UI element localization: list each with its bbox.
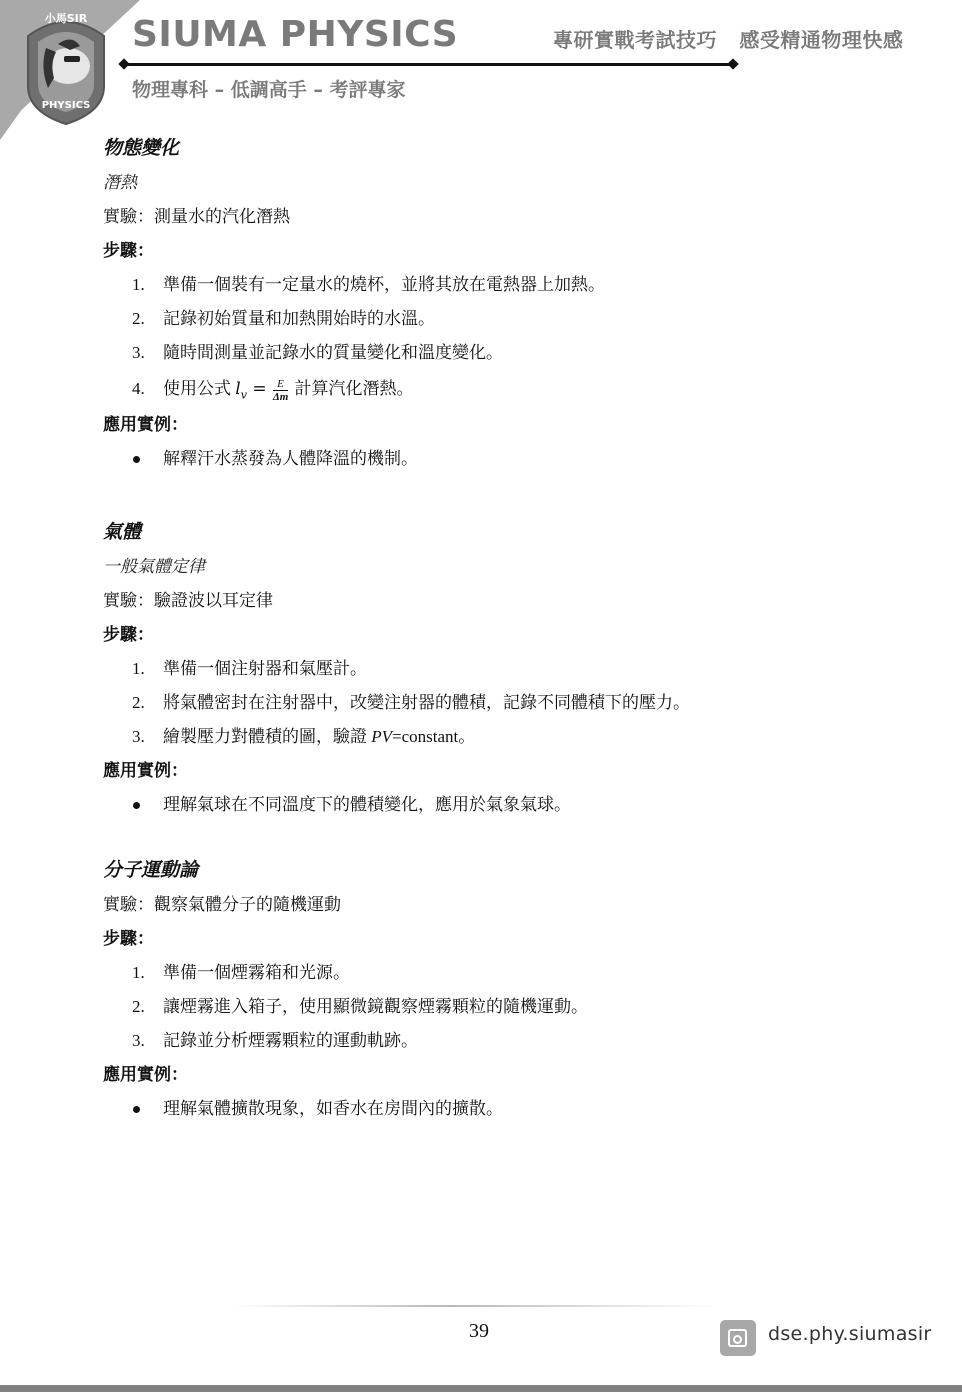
application-text: 解釋汗水蒸發為人體降溫的機制。 — [163, 449, 418, 468]
step-text: 準備一個煙霧箱和光源。 — [163, 963, 350, 982]
camera-lens — [733, 1335, 742, 1344]
header-divider — [124, 63, 734, 66]
experiment-line: 實驗：驗證波以耳定律 — [103, 588, 903, 622]
page-content: 物態變化 潛熱 實驗：測量水的汽化潛熱 步驟： 1.準備一個裝有一定量水的燒杯，… — [103, 136, 903, 1130]
header-slogan: 專研實戰考試技巧 感受精通物理快感 — [553, 24, 903, 53]
step-text: 記錄初始質量和加熱開始時的水溫。 — [163, 309, 435, 328]
step-text: 計算汽化潛熱。 — [295, 379, 414, 398]
formula-fraction: EΔm — [273, 378, 288, 403]
section-title: 氣體 — [103, 520, 903, 554]
step-number: 1. — [132, 960, 145, 986]
application-item: 理解氣球在不同溫度下的體積變化，應用於氣象氣球。 — [103, 792, 903, 826]
step-text: =constant。 — [392, 727, 475, 746]
steps-label: 步驟： — [103, 622, 903, 656]
spacer — [103, 826, 903, 858]
step-number: 1. — [132, 656, 145, 682]
section-subtitle: 一般氣體定律 — [103, 554, 903, 588]
applications-label: 應用實例： — [103, 1062, 903, 1096]
step-item: 2.將氣體密封在注射器中，改變注射器的體積，記錄不同體積下的壓力。 — [103, 690, 903, 724]
formula-subscript: v — [241, 388, 247, 401]
step-item: 1.準備一個注射器和氣壓計。 — [103, 656, 903, 690]
instagram-icon[interactable] — [720, 1320, 756, 1356]
step-number: 2. — [132, 994, 145, 1020]
step-number: 3. — [132, 724, 145, 750]
step-text: 使用公式 — [163, 379, 231, 398]
step-item: 4. 使用公式 lv = EΔm 計算汽化潛熱。 — [103, 374, 903, 412]
formula-equals: = — [252, 379, 266, 399]
social-handle-link[interactable]: dse.phy.siumasir — [768, 1323, 932, 1345]
svg-text:小馬SIR: 小馬SIR — [45, 11, 88, 25]
steps-label: 步驟： — [103, 926, 903, 960]
step-text: 準備一個注射器和氣壓計。 — [163, 659, 367, 678]
step-number: 4. — [132, 374, 145, 404]
steps-list: 1.準備一個煙霧箱和光源。 2.讓煙霧進入箱子，使用顯微鏡觀察煙霧顆粒的隨機運動… — [103, 960, 903, 1062]
applications-label: 應用實例： — [103, 412, 903, 446]
application-item: 理解氣體擴散現象，如香水在房間內的擴散。 — [103, 1096, 903, 1130]
bullet-icon — [133, 456, 140, 463]
step-text: 準備一個裝有一定量水的燒杯，並將其放在電熱器上加熱。 — [163, 275, 605, 294]
formula-pv: PV — [371, 727, 392, 746]
step-text: 隨時間測量並記錄水的質量變化和溫度變化。 — [163, 343, 503, 362]
step-number: 2. — [132, 690, 145, 716]
section-title: 分子運動論 — [103, 858, 903, 892]
section-kinetic-theory: 分子運動論 實驗：觀察氣體分子的隨機運動 步驟： 1.準備一個煙霧箱和光源。 2… — [103, 858, 903, 1130]
divider-diamond-right — [727, 58, 738, 69]
fraction-denominator: Δm — [273, 391, 288, 403]
header-subtitle: 物理專科 – 低調高手 – 考評專家 — [132, 75, 405, 102]
step-item: 2.記錄初始質量和加熱開始時的水溫。 — [103, 306, 903, 340]
bullet-icon — [133, 802, 140, 809]
step-number: 3. — [132, 340, 145, 366]
step-item: 1.準備一個裝有一定量水的燒杯，並將其放在電熱器上加熱。 — [103, 272, 903, 306]
applications-list: 解釋汗水蒸發為人體降溫的機制。 — [103, 446, 903, 480]
step-text: 記錄並分析煙霧顆粒的運動軌跡。 — [163, 1031, 418, 1050]
step-text: 繪製壓力對體積的圖，驗證 — [163, 727, 367, 746]
application-text: 理解氣球在不同溫度下的體積變化，應用於氣象氣球。 — [163, 795, 571, 814]
step-number: 3. — [132, 1028, 145, 1054]
step-item: 3.繪製壓力對體積的圖，驗證 PV=constant。 — [103, 724, 903, 758]
bottom-bar — [0, 1385, 962, 1392]
applications-list: 理解氣體擴散現象，如香水在房間內的擴散。 — [103, 1096, 903, 1130]
experiment-line: 實驗：測量水的汽化潛熱 — [103, 204, 903, 238]
step-number: 1. — [132, 272, 145, 298]
applications-label: 應用實例： — [103, 758, 903, 792]
application-text: 理解氣體擴散現象，如香水在房間內的擴散。 — [163, 1099, 503, 1118]
step-text: 讓煙霧進入箱子，使用顯微鏡觀察煙霧顆粒的隨機運動。 — [163, 997, 588, 1016]
formula-latent-heat: lv = — [235, 379, 266, 399]
steps-list: 1.準備一個注射器和氣壓計。 2.將氣體密封在注射器中，改變注射器的體積，記錄不… — [103, 656, 903, 758]
page-number: 39 — [469, 1320, 489, 1343]
section-phase-change: 物態變化 潛熱 實驗：測量水的汽化潛熱 步驟： 1.準備一個裝有一定量水的燒杯，… — [103, 136, 903, 480]
footer-divider — [230, 1305, 720, 1307]
brand-title: SIUMA PHYSICS — [132, 14, 458, 55]
step-item: 2.讓煙霧進入箱子，使用顯微鏡觀察煙霧顆粒的隨機運動。 — [103, 994, 903, 1028]
fraction-numerator: E — [273, 378, 288, 391]
application-item: 解釋汗水蒸發為人體降溫的機制。 — [103, 446, 903, 480]
applications-list: 理解氣球在不同溫度下的體積變化，應用於氣象氣球。 — [103, 792, 903, 826]
step-item: 1.準備一個煙霧箱和光源。 — [103, 960, 903, 994]
section-subtitle: 潛熱 — [103, 170, 903, 204]
steps-label: 步驟： — [103, 238, 903, 272]
step-text: 將氣體密封在注射器中，改變注射器的體積，記錄不同體積下的壓力。 — [163, 693, 690, 712]
section-title: 物態變化 — [103, 136, 903, 170]
experiment-line: 實驗：觀察氣體分子的隨機運動 — [103, 892, 903, 926]
bullet-icon — [133, 1106, 140, 1113]
step-item: 3.記錄並分析煙霧顆粒的運動軌跡。 — [103, 1028, 903, 1062]
svg-text:PHYSICS: PHYSICS — [42, 100, 91, 111]
spacer — [103, 480, 903, 520]
steps-list: 1.準備一個裝有一定量水的燒杯，並將其放在電熱器上加熱。 2.記錄初始質量和加熱… — [103, 272, 903, 412]
section-gases: 氣體 一般氣體定律 實驗：驗證波以耳定律 步驟： 1.準備一個注射器和氣壓計。 … — [103, 520, 903, 826]
step-item: 3.隨時間測量並記錄水的質量變化和溫度變化。 — [103, 340, 903, 374]
step-number: 2. — [132, 306, 145, 332]
siuma-logo-icon: 小馬SIR PHYSICS — [20, 8, 112, 126]
